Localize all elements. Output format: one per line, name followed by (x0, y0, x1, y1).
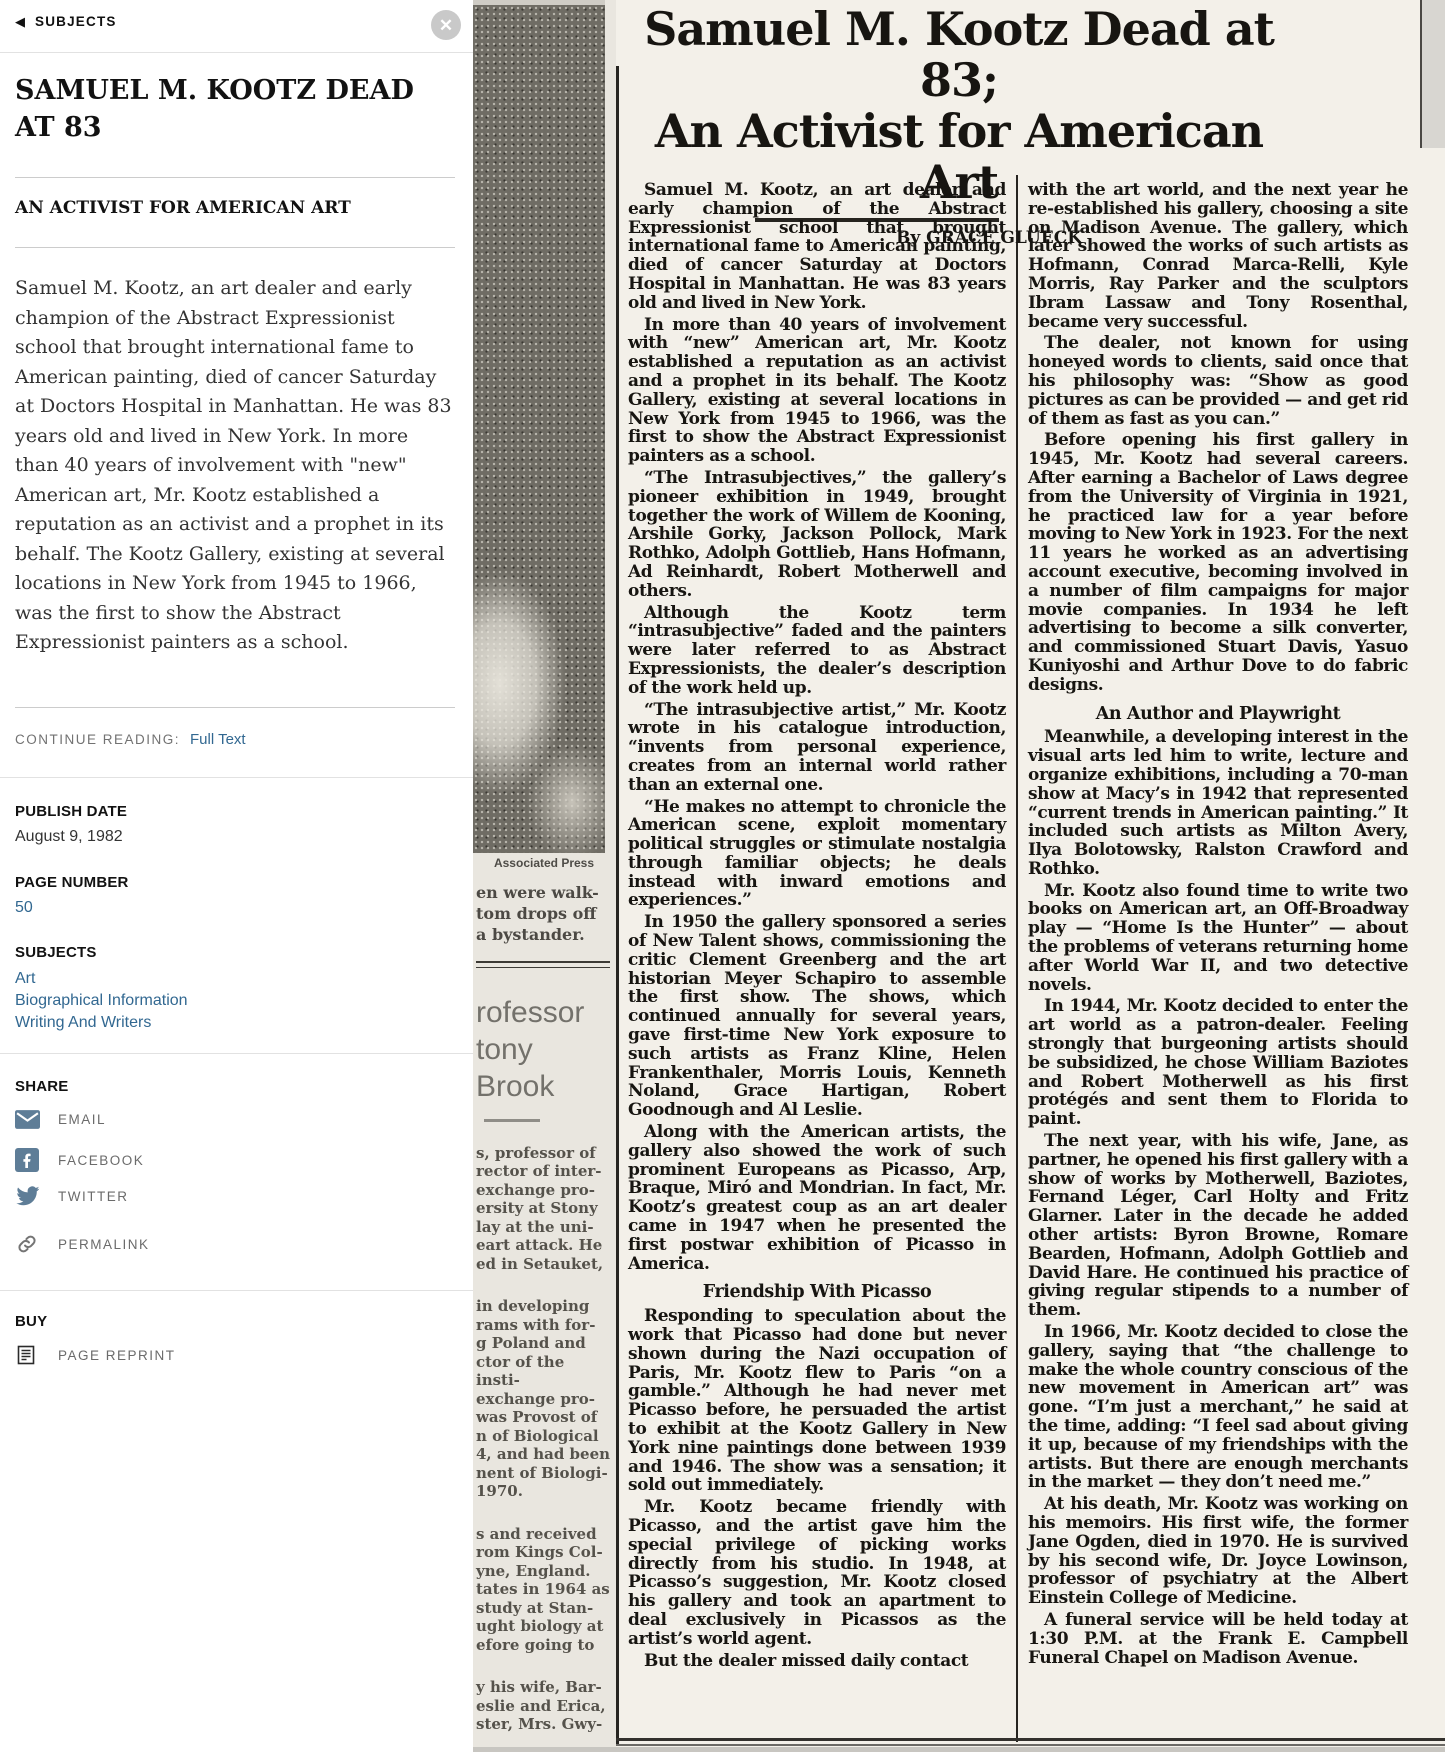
article-paragraph: But the dealer missed daily contact (628, 1652, 1006, 1671)
fragment-group: in developingrams with for-g Poland andc… (476, 1297, 612, 1501)
share-item-label: FACEBOOK (58, 1153, 144, 1168)
publish-date-value: August 9, 1982 (15, 828, 455, 846)
subject-link[interactable]: Art (15, 968, 455, 990)
article-paragraph: Before opening his first gallery in 1945… (1028, 431, 1408, 694)
article-paragraph: Samuel M. Kootz, an art dealer and early… (628, 181, 1006, 313)
headline-fragment-line: tony Brook (476, 1031, 612, 1105)
fragment-line: n of Biological (476, 1427, 612, 1446)
article-paragraph: Although the Kootz term “intrasubjective… (628, 604, 1006, 698)
article-paragraph: Mr. Kootz became friendly with Picasso, … (628, 1498, 1006, 1648)
fragment-line: was Provost of (476, 1408, 612, 1427)
divider (15, 177, 455, 178)
fragment-line: lay at the uni- (476, 1218, 612, 1237)
timesmachine-article-viewer: ◀ SUBJECTS ✕ SAMUEL M. KOOTZ DEAD AT 83 … (0, 0, 1445, 1752)
fragment-line: efore going to (476, 1636, 612, 1655)
adjacent-headline-fragment: rofessortony Brook (476, 994, 612, 1105)
fragment-line: 1970. (476, 1482, 612, 1501)
fragment-line: rector of inter- (476, 1162, 612, 1181)
scan-right-margin (1420, 0, 1445, 148)
article-paragraph: “The intrasubjective artist,” Mr. Kootz … (628, 701, 1006, 795)
article-left-rule (616, 66, 619, 1744)
twitter-icon (15, 1186, 41, 1207)
article-paragraph: In 1950 the gallery sponsored a series o… (628, 913, 1006, 1120)
article-paragraph: “The Intrasubjectives,” the gallery’s pi… (628, 469, 1006, 601)
page-reprint-button[interactable]: PAGE REPRINT (15, 1344, 176, 1366)
back-label: SUBJECTS (35, 14, 117, 29)
article-paragraph: The dealer, not known for using honeyed … (1028, 334, 1408, 428)
article-paragraph: At his death, Mr. Kootz was working on h… (1028, 1495, 1408, 1608)
fragment-group: s and receivedrom Kings Col-yne, England… (476, 1525, 612, 1655)
fragment-line: ersity at Stony (476, 1199, 612, 1218)
share-label: SHARE (15, 1078, 455, 1095)
article-paragraph: with the art world, and the next year he… (1028, 181, 1408, 331)
fragment-line: yne, England. (476, 1562, 612, 1581)
fragment-line: rom Kings Col- (476, 1543, 612, 1562)
fragment-line: rams with for- (476, 1316, 612, 1335)
fragment-line: eart attack. He (476, 1236, 612, 1255)
close-icon[interactable]: ✕ (431, 10, 461, 40)
article-subhead: Friendship With Picasso (628, 1283, 1006, 1302)
fragment-line: in developing (476, 1297, 612, 1316)
fragment-line: y his wife, Bar- (476, 1678, 612, 1697)
divider (0, 1290, 473, 1291)
fragment-line: exchange pro- (476, 1181, 612, 1200)
divider (0, 1053, 473, 1054)
back-to-subjects-button[interactable]: ◀ SUBJECTS (15, 14, 455, 29)
page-number-label: PAGE NUMBER (15, 874, 455, 891)
fragment-group: y his wife, Bar-eslie and Erica,ster, Mr… (476, 1678, 612, 1734)
share-permalink-button[interactable]: PERMALINK (15, 1232, 150, 1256)
newspaper-scan[interactable]: Associated Press en were walk-tom drops … (473, 0, 1445, 1752)
article-sidebar: ◀ SUBJECTS ✕ SAMUEL M. KOOTZ DEAD AT 83 … (0, 0, 473, 1752)
continue-reading-label: CONTINUE READING: (15, 732, 180, 747)
article-summary: Samuel M. Kootz, an art dealer and early… (15, 274, 455, 658)
fragment-line: g Poland and (476, 1334, 612, 1353)
caption-line: en were walk- (476, 882, 612, 903)
divider (15, 707, 455, 708)
fragment-line: s and received (476, 1525, 612, 1544)
permalink-icon (15, 1232, 41, 1256)
subjects-label: SUBJECTS (15, 944, 455, 961)
full-text-link[interactable]: Full Text (190, 731, 246, 748)
headline-line-1: Samuel M. Kootz Dead at 83; (628, 4, 1290, 106)
article-paragraph: A funeral service will be held today at … (1028, 1611, 1408, 1667)
page-number-link[interactable]: 50 (15, 899, 455, 917)
article-paragraph: Responding to speculation about the work… (628, 1307, 1006, 1495)
fragment-line: ster, Mrs. Gwy- (476, 1715, 612, 1734)
publish-date-label: PUBLISH DATE (15, 803, 455, 820)
article-paragraph: “He makes no attempt to chronicle the Am… (628, 798, 1006, 911)
back-arrow-icon: ◀ (15, 15, 25, 28)
newspaper-photo (473, 0, 605, 853)
adjacent-column-fragment: Associated Press en were walk-tom drops … (476, 848, 612, 1752)
fragment-line: ught biology at (476, 1617, 612, 1636)
photo-credit: Associated Press (476, 856, 612, 870)
fragment-line: study at Stan- (476, 1599, 612, 1618)
article-paragraph: In 1966, Mr. Kootz decided to close the … (1028, 1323, 1408, 1492)
email-icon (15, 1110, 41, 1129)
bottom-rule (616, 1744, 1445, 1746)
fragment-line: exchange pro- (476, 1390, 612, 1409)
page-title: SAMUEL M. KOOTZ DEAD AT 83 (15, 72, 455, 146)
share-email-button[interactable]: EMAIL (15, 1110, 106, 1129)
fragment-line: 4, and had been (476, 1445, 612, 1464)
double-rule (476, 961, 610, 968)
article-column-2: with the art world, and the next year he… (1028, 181, 1408, 1670)
share-item-label: PERMALINK (58, 1237, 150, 1252)
subject-link[interactable]: Biographical Information (15, 990, 455, 1012)
fragment-line: ctor of the insti- (476, 1353, 612, 1390)
divider (15, 247, 455, 248)
bottom-rule (616, 1738, 1445, 1741)
fragment-line: nent of Biologi- (476, 1464, 612, 1483)
article-paragraph: Mr. Kootz also found time to write two b… (1028, 882, 1408, 995)
caption-line: a bystander. (476, 924, 612, 945)
share-twitter-button[interactable]: TWITTER (15, 1186, 129, 1207)
article-paragraph: The next year, with his wife, Jane, as p… (1028, 1132, 1408, 1320)
photo-caption-fragment: en were walk-tom drops offa bystander. (476, 882, 612, 945)
article-subtitle: AN ACTIVIST FOR AMERICAN ART (15, 198, 455, 218)
subject-link[interactable]: Writing And Writers (15, 1012, 455, 1034)
fragment-line: tates in 1964 as (476, 1580, 612, 1599)
divider (0, 777, 473, 778)
page-reprint-icon (15, 1344, 41, 1366)
fragment-line: eslie and Erica, (476, 1697, 612, 1716)
share-item-label: TWITTER (58, 1189, 129, 1204)
headline-fragment-line: rofessor (476, 994, 612, 1031)
facebook-icon (15, 1148, 41, 1172)
article-paragraph: In more than 40 years of involvement wit… (628, 316, 1006, 466)
divider (0, 52, 473, 53)
short-rule (484, 1119, 540, 1122)
adjacent-text-fragments: s, professor ofrector of inter-exchange … (476, 1144, 612, 1734)
article-paragraph: In 1944, Mr. Kootz decided to enter the … (1028, 997, 1408, 1129)
fragment-line: ed in Setauket, (476, 1255, 612, 1274)
subjects-list: ArtBiographical InformationWriting And W… (15, 968, 455, 1034)
article-subhead: An Author and Playwright (1028, 705, 1408, 724)
scan-bottom-band (473, 1747, 1445, 1752)
buy-item-label: PAGE REPRINT (58, 1348, 176, 1363)
fragment-group: s, professor ofrector of inter-exchange … (476, 1144, 612, 1274)
share-item-label: EMAIL (58, 1112, 106, 1127)
article-column-1: Samuel M. Kootz, an art dealer and early… (628, 181, 1006, 1673)
share-facebook-button[interactable]: FACEBOOK (15, 1148, 144, 1172)
article-paragraph: Along with the American artists, the gal… (628, 1123, 1006, 1273)
fragment-line: s, professor of (476, 1144, 612, 1163)
column-divider-rule (1016, 175, 1018, 1742)
caption-line: tom drops off (476, 903, 612, 924)
buy-label: BUY (15, 1313, 455, 1330)
article-paragraph: Meanwhile, a developing interest in the … (1028, 728, 1408, 878)
continue-reading: CONTINUE READING: Full Text (15, 731, 455, 748)
